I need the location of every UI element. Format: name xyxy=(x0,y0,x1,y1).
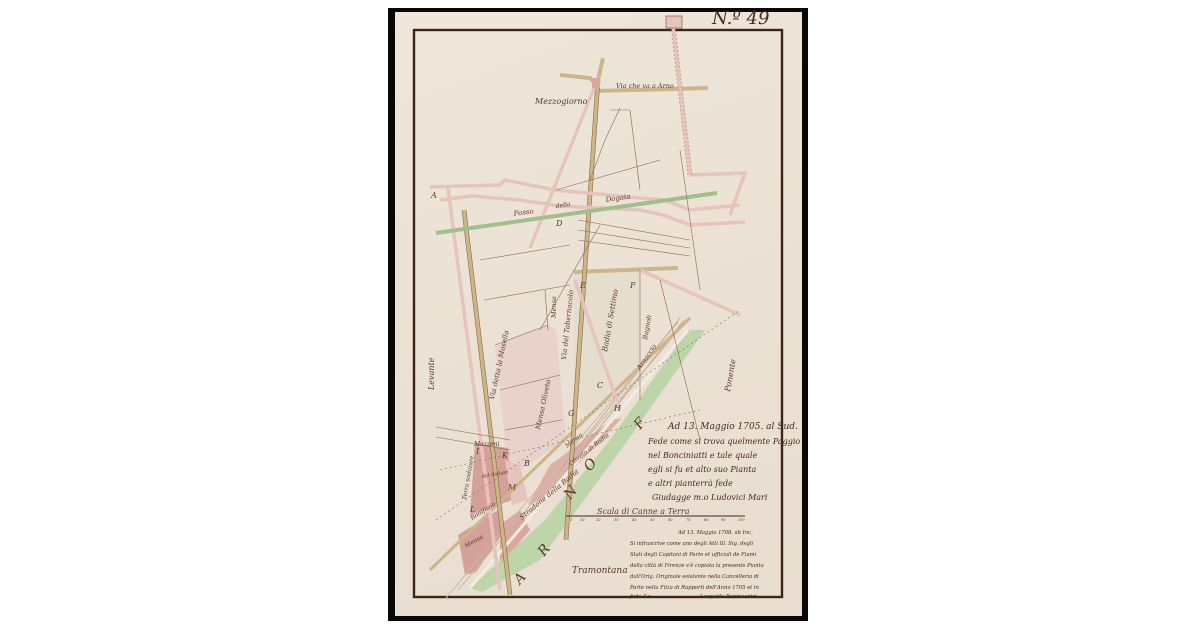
svg-text:Si infrascrive come uno degli: Si infrascrive come uno degli Atti Ill. … xyxy=(630,541,754,547)
svg-text:20: 20 xyxy=(595,518,601,522)
svg-text:Leopoldo Bonincontri: Leopoldo Bonincontri xyxy=(699,594,757,600)
point-m: M xyxy=(507,483,517,492)
svg-text:Stati degli Capitani di Parte: Stati degli Capitani di Parte et ufficia… xyxy=(630,552,757,558)
svg-text:70: 70 xyxy=(686,518,691,522)
label-via-tabernacolo: Via del Tabernacolo xyxy=(560,290,575,361)
label-ponente: Ponente xyxy=(723,358,738,393)
label-bagnoli: Bagnoli xyxy=(641,314,653,341)
svg-text:Parte nella Filza di Rapporti: Parte nella Filza di Rapporti dell'Anno … xyxy=(629,585,759,591)
label-via-arno: Via che va a Arno xyxy=(616,82,674,90)
fosso-dogaia-canal xyxy=(436,193,717,233)
label-della: della xyxy=(555,201,571,210)
scale-title: Scala di Canne a Terra xyxy=(597,507,690,516)
svg-text:90: 90 xyxy=(721,518,726,522)
svg-text:80: 80 xyxy=(704,518,709,522)
svg-text:100: 100 xyxy=(738,518,745,522)
svg-text:dall'Orig. Originale esistente: dall'Orig. Originale esistente nella Can… xyxy=(630,574,759,580)
mezzogiorno-building xyxy=(592,78,600,88)
svg-text:Giudagge m.o Ludovici Mari: Giudagge m.o Ludovici Mari xyxy=(652,493,768,502)
svg-text:50: 50 xyxy=(650,518,655,522)
svg-text:Ad 13. Maggio 1708. ab Inc.: Ad 13. Maggio 1708. ab Inc. xyxy=(677,530,753,536)
label-tramontana: Tramontana xyxy=(572,566,628,576)
sheet-number: N.º 49 xyxy=(711,8,769,29)
point-f: F xyxy=(629,281,636,290)
svg-text:egli si fu et alto suo Pianta: egli si fu et alto suo Pianta xyxy=(648,465,756,474)
svg-text:della città di Firenze s'è cop: della città di Firenze s'è copiata la pr… xyxy=(630,562,764,569)
svg-text:30: 30 xyxy=(614,518,619,522)
label-fosso: Fosso xyxy=(512,207,534,218)
svg-text:e altri pianterrà fede: e altri pianterrà fede xyxy=(648,479,733,488)
point-l: L xyxy=(469,505,475,514)
scale-ticks: 5 10 20 30 40 50 60 70 80 90 100 xyxy=(570,518,745,522)
label-levante: Levante xyxy=(427,357,436,391)
svg-text:5: 5 xyxy=(570,518,573,522)
point-a: A xyxy=(430,191,437,200)
badia-building xyxy=(666,16,682,28)
svg-text:60: 60 xyxy=(668,518,673,522)
svg-text:40: 40 xyxy=(631,518,637,522)
label-mensa: Mensa xyxy=(550,296,558,319)
svg-text:nel Bonciniatti e tale quale: nel Bonciniatti e tale quale xyxy=(648,451,758,460)
point-e: E xyxy=(579,281,586,290)
label-mezzogiorno: Mezzogiorno xyxy=(534,97,588,106)
note-1: Ad 13. Maggio 1705. al Sud. Fede come si… xyxy=(647,422,800,502)
point-g: G xyxy=(568,409,575,418)
point-d: D xyxy=(555,219,563,228)
svg-text:10: 10 xyxy=(580,518,585,522)
svg-text:fede &c.: fede &c. xyxy=(629,594,653,600)
map-drawing: N.º 49 Mezzogiorno Levante Ponente Tramo… xyxy=(0,0,1200,628)
point-k: K xyxy=(501,451,509,460)
point-b: B xyxy=(523,459,530,468)
svg-text:Fede come si trova quelmente P: Fede come si trova quelmente Paggio xyxy=(647,437,800,446)
note-2: Ad 13. Maggio 1708. ab Inc. Si infrascri… xyxy=(629,530,764,600)
svg-text:Ad 13. Maggio 1705. al Sud.: Ad 13. Maggio 1705. al Sud. xyxy=(667,422,798,432)
point-h: H xyxy=(613,404,622,413)
point-c: C xyxy=(597,381,603,390)
